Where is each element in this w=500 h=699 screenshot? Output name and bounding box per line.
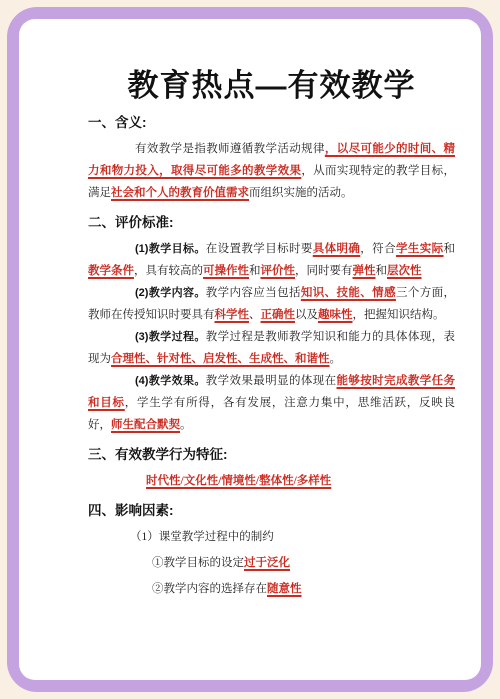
text-run-normal: ，同时要有 <box>295 265 353 277</box>
section-influencing-factors: 四、影响因素: （1）课堂教学过程中的制约 ①教学目标的设定过于泛化 ②教学内容… <box>88 502 455 600</box>
text-run-red: 正确性 <box>261 309 296 321</box>
document-page: 教育热点—有效教学 一、含义: 有效教学是指教师遵循教学活动规律，以尽可能少的时… <box>19 19 481 680</box>
section-heading-factors: 四、影响因素: <box>88 502 455 520</box>
text-run-bold: (3)教学过程。 <box>135 331 206 343</box>
decorative-purple-frame: 教育热点—有效教学 一、含义: 有效教学是指教师遵循教学活动规律，以尽可能少的时… <box>7 7 493 692</box>
text-run-normal: 以及 <box>295 309 318 321</box>
text-run-red: 可操作性 <box>203 265 249 277</box>
text-run-normal: ，具有较高的 <box>134 265 203 277</box>
text-run-red: 层次性 <box>387 265 422 277</box>
text-run-normal: 在设置教学目标时要 <box>206 243 313 255</box>
document-title: 教育热点—有效教学 <box>88 67 455 104</box>
section-behavior-features: 三、有效教学行为特征: 时代性/文化性/情境性/整体性/多样性 <box>88 446 455 492</box>
text-run-red: 过于泛化 <box>244 557 290 569</box>
text-run-bold: (4)教学效果。 <box>135 375 206 387</box>
text-run-normal: 和 <box>249 265 261 277</box>
text-run-normal: 有效教学是指教师遵循教学活动规律 <box>135 143 325 155</box>
text-run-red: 趣味性 <box>318 309 353 321</box>
text-run-red: 社会和个人的教育价值需求 <box>111 187 249 199</box>
text-run-normal: ，符合 <box>360 243 396 255</box>
text-run-normal: 。 <box>330 353 342 365</box>
text-run-red: 评价性 <box>261 265 296 277</box>
text-run-normal: 教学内容应当包括 <box>206 287 301 299</box>
text-run-normal: （1）课堂教学过程中的制约 <box>130 531 274 543</box>
factor-item-content-choice: ②教学内容的选择存在随意性 <box>152 578 455 600</box>
criteria-item-effect: (4)教学效果。教学效果最明显的体现在能够按时完成教学任务和目标，学生学有所得，… <box>88 370 455 436</box>
text-run-normal: ，把握知识结构。 <box>353 309 445 321</box>
criteria-item-content: (2)教学内容。教学内容应当包括知识、技能、情感三个方面，教师在传授知识时要具有… <box>88 282 455 326</box>
section-heading-meaning: 一、含义: <box>88 114 455 132</box>
meaning-paragraph: 有效教学是指教师遵循教学活动规律，以尽可能少的时间、精力和物力投入，取得尽可能多… <box>88 138 455 204</box>
text-run-red: 师生配合默契 <box>111 419 180 431</box>
text-run-red: 具体明确 <box>313 243 361 255</box>
text-run-normal: 、 <box>249 309 261 321</box>
factor-item-goal-setting: ①教学目标的设定过于泛化 <box>152 552 455 574</box>
section-meaning: 一、含义: 有效教学是指教师遵循教学活动规律，以尽可能少的时间、精力和物力投入，… <box>88 114 455 204</box>
text-run-bold: (1)教学目标。 <box>135 243 206 255</box>
text-run-normal: 而组织实施的活动。 <box>249 187 353 199</box>
text-run-red: 合理性、针对性、启发性、生成性、和谐性 <box>111 353 330 365</box>
document-content: 教育热点—有效教学 一、含义: 有效教学是指教师遵循教学活动规律，以尽可能少的时… <box>19 19 481 600</box>
text-run-bold: (2)教学内容。 <box>135 287 206 299</box>
section-heading-evaluation: 二、评价标准: <box>88 214 455 232</box>
text-run-red: 知识、技能、情感 <box>301 287 396 299</box>
text-run-red: 弹性 <box>353 265 376 277</box>
features-list-line: 时代性/文化性/情境性/整体性/多样性 <box>146 470 455 492</box>
criteria-item-objectives: (1)教学目标。在设置教学目标时要具体明确，符合学生实际和教学条件，具有较高的可… <box>88 238 455 282</box>
text-run-red: 随意性 <box>267 583 302 595</box>
factor-group-classroom: （1）课堂教学过程中的制约 <box>130 526 455 548</box>
text-run-normal: ①教学目标的设定 <box>152 557 244 569</box>
text-run-red: 学生实际 <box>396 243 444 255</box>
text-run-normal: 和 <box>376 265 388 277</box>
text-run-normal: 和 <box>444 243 456 255</box>
section-evaluation-criteria: 二、评价标准: (1)教学目标。在设置教学目标时要具体明确，符合学生实际和教学条… <box>88 214 455 436</box>
section-heading-features: 三、有效教学行为特征: <box>88 446 455 464</box>
text-run-normal: 。 <box>180 419 192 431</box>
text-run-normal: ②教学内容的选择存在 <box>152 583 267 595</box>
text-run-red: 教学条件 <box>88 265 134 277</box>
text-run-normal: 教学效果最明显的体现在 <box>206 375 337 387</box>
criteria-item-process: (3)教学过程。教学过程是教师教学知识和能力的具体体现，表现为合理性、针对性、启… <box>88 326 455 370</box>
text-run-red: 科学性 <box>215 309 250 321</box>
text-run-red: 时代性/文化性/情境性/整体性/多样性 <box>146 475 331 487</box>
